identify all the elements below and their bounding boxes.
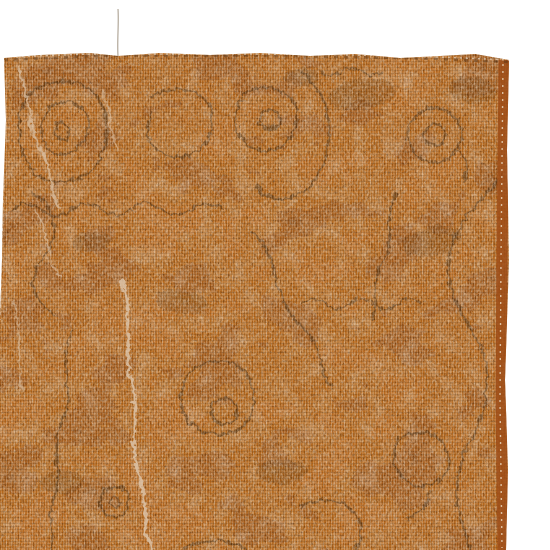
stray-thread (118, 9, 119, 56)
rug-weave-horizontal (0, 0, 550, 550)
selvage-band (500, 60, 504, 550)
rug-photo-canvas: Distressed vintage rug over-dyed in oran… (0, 0, 550, 550)
rug-photo: Distressed vintage rug over-dyed in oran… (0, 0, 550, 550)
rug-image (0, 0, 550, 550)
